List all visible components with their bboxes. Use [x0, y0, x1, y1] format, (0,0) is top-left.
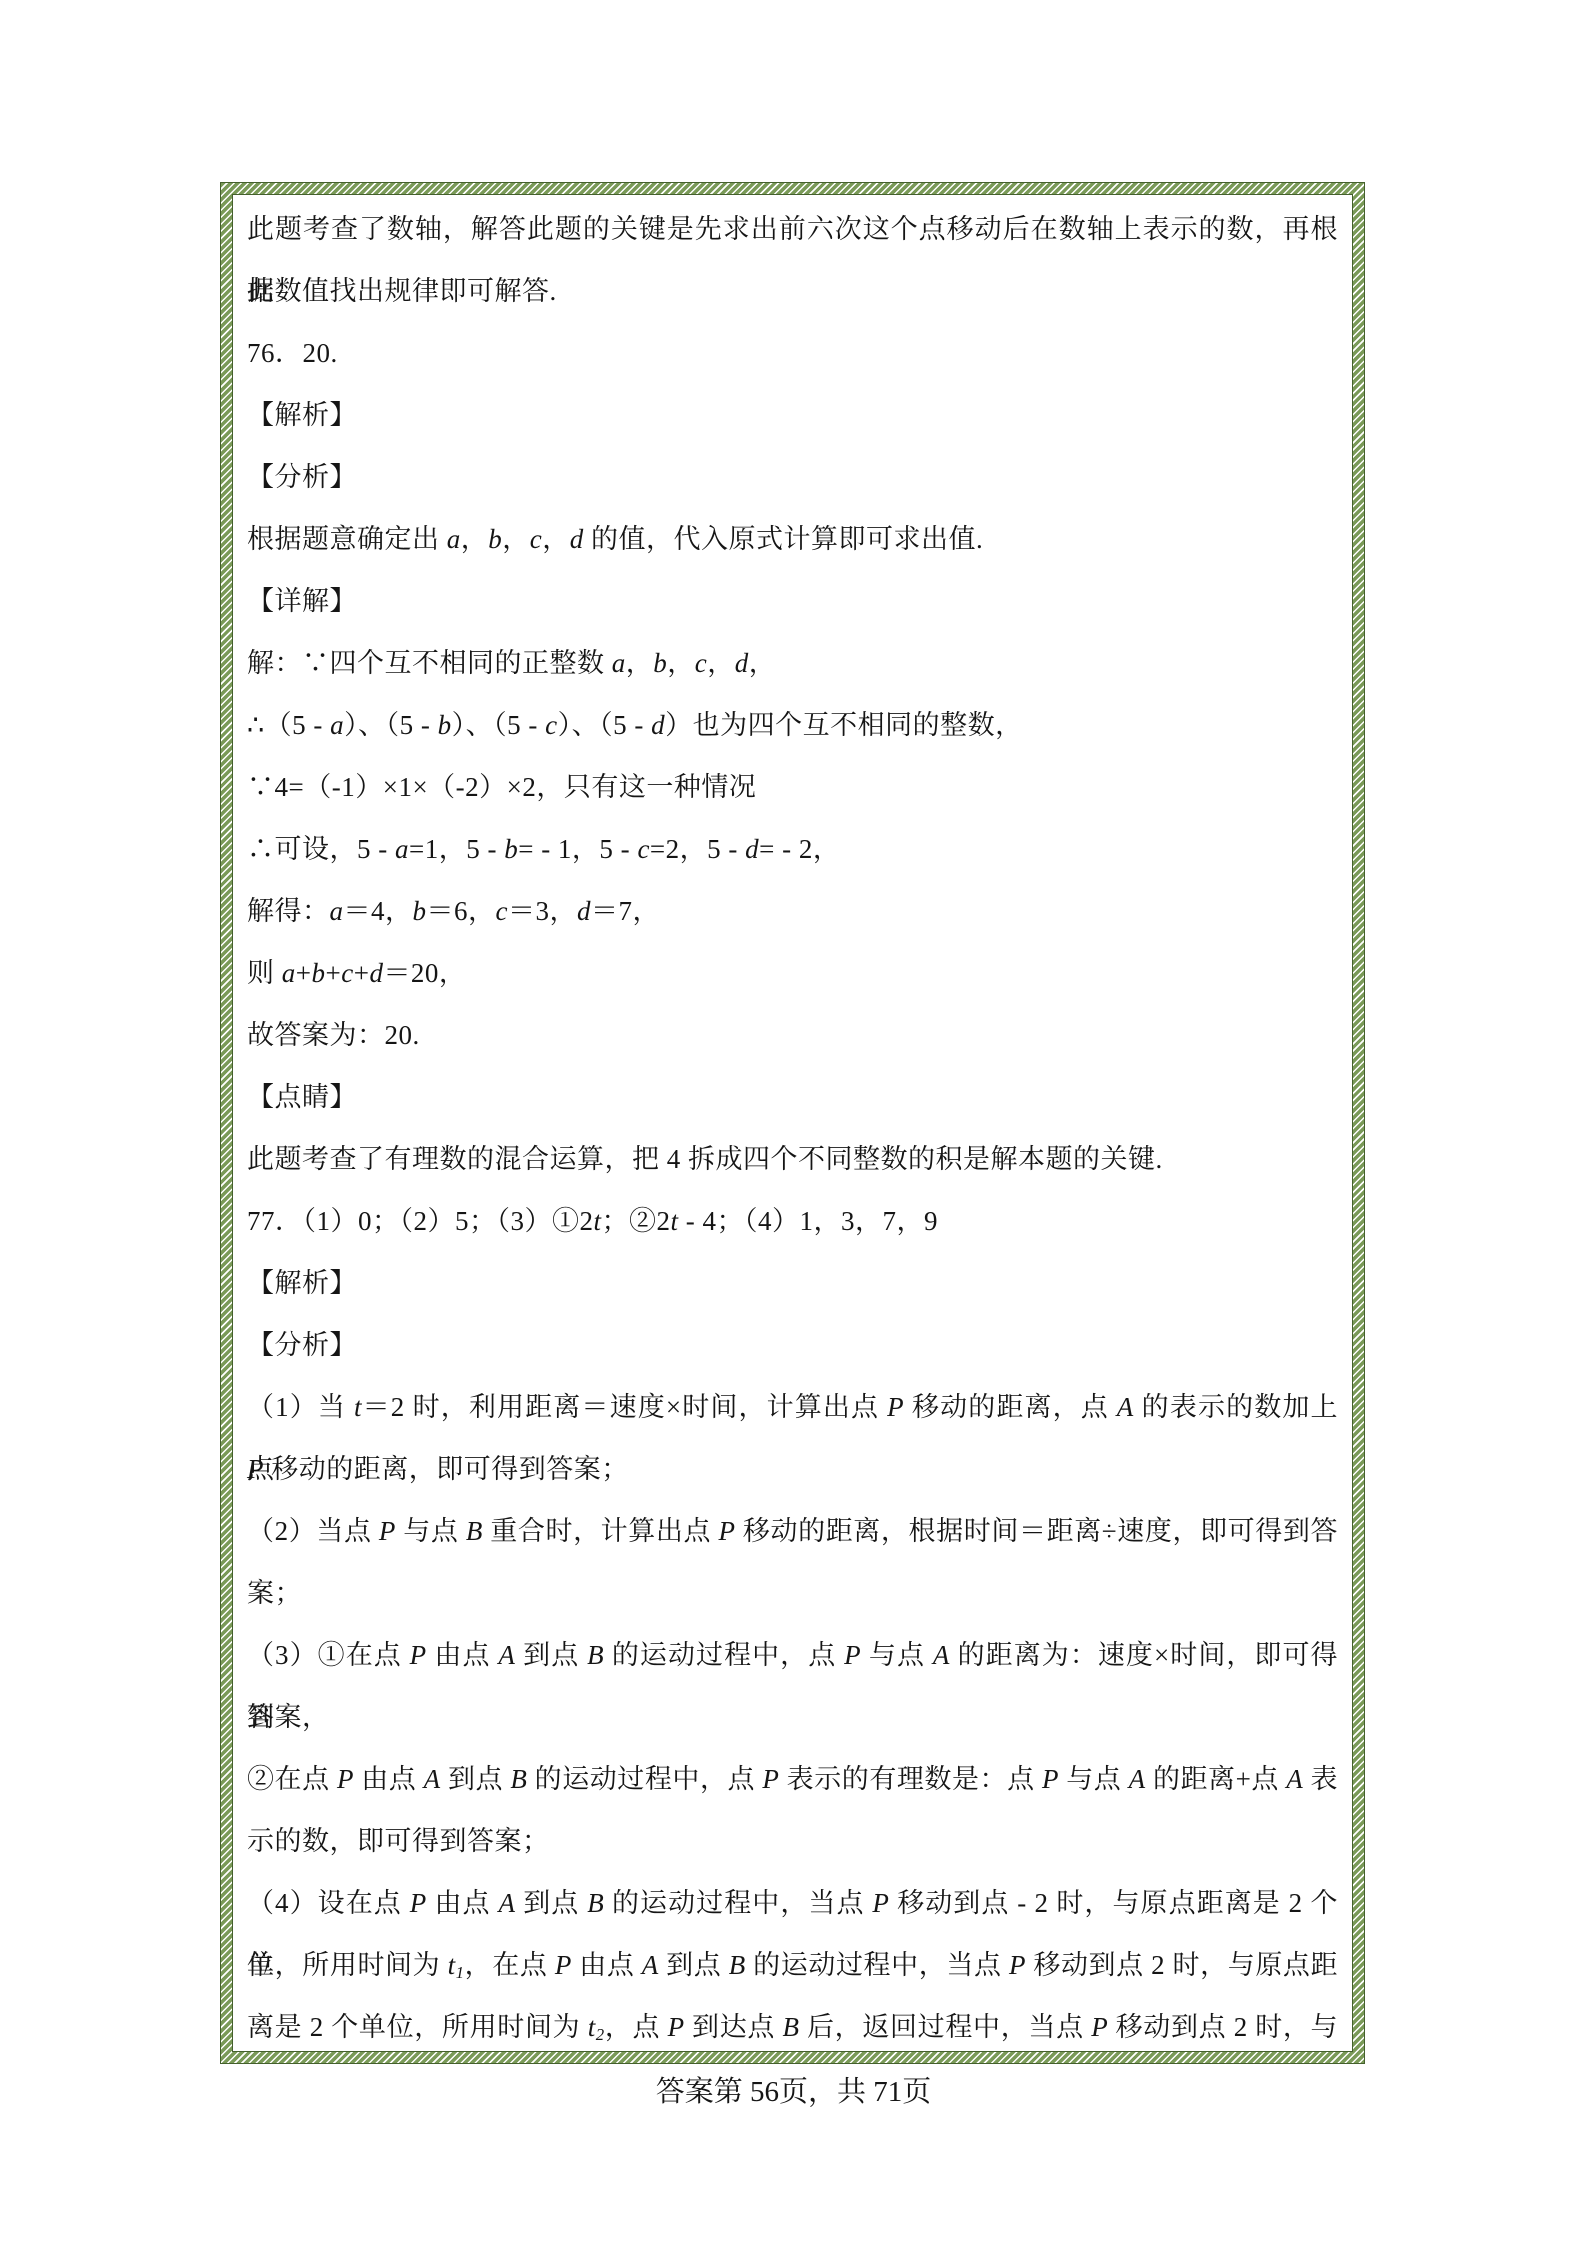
text-segment: 【详解】: [247, 586, 357, 616]
text-segment: A: [1286, 1764, 1303, 1794]
text-segment: ＝20，: [383, 958, 466, 988]
text-segment: 到点: [515, 1640, 587, 1670]
text-segment: +: [296, 958, 312, 988]
text-segment: A: [1117, 1392, 1134, 1422]
text-segment: - 4；（4）1，3，7，9: [679, 1206, 939, 1236]
text-segment: b: [504, 834, 518, 864]
text-line: ②在点 P 由点 A 到点 B 的运动过程中，点 P 表示的有理数是：点 P 与…: [247, 1748, 1338, 1810]
text-segment: P: [872, 1888, 889, 1918]
text-segment: b: [653, 648, 667, 678]
text-line: 【点睛】: [247, 1066, 1338, 1128]
text-segment: P: [337, 1764, 354, 1794]
text-line: （1）当 t＝2 时，利用距离＝速度×时间，计算出点 P 移动的距离，点 A 的…: [247, 1376, 1338, 1438]
text-segment: ，: [667, 648, 695, 678]
text-segment: a: [282, 958, 296, 988]
text-segment: d: [745, 834, 759, 864]
text-segment: B: [587, 1640, 604, 1670]
page-footer: 答案第 56页，共 71页: [0, 2072, 1587, 2112]
text-line: 【解析】: [247, 384, 1338, 446]
text-line: 案；: [247, 1562, 1338, 1624]
text-segment: 的距离+点: [1146, 1764, 1287, 1794]
text-line: 位，所用时间为 t1，在点 P 由点 A 到点 B 的运动过程中，当点 P 移动…: [247, 1934, 1338, 1996]
text-segment: P: [555, 1950, 572, 1980]
text-segment: +: [325, 958, 341, 988]
text-line: 【解析】: [247, 1252, 1338, 1314]
text-line: ∴可设，5 - a=1，5 - b= - 1，5 - c=2，5 - d= - …: [247, 818, 1338, 880]
text-segment: （3）①在点: [247, 1640, 410, 1670]
text-segment: t: [354, 1392, 362, 1422]
text-segment: c: [496, 896, 508, 926]
text-segment: c: [637, 834, 649, 864]
text-segment: 表: [1303, 1764, 1338, 1794]
text-segment: 到点: [441, 1764, 511, 1794]
text-segment: B: [510, 1764, 527, 1794]
text-segment: 案；: [247, 1578, 302, 1608]
text-segment: c: [530, 524, 542, 554]
text-segment: d: [651, 710, 665, 740]
text-segment: ，在点: [465, 1950, 555, 1980]
text-segment: B: [729, 1950, 746, 1980]
text-segment: a: [612, 648, 626, 678]
text-segment: 的运动过程中，点: [527, 1764, 762, 1794]
text-segment: P: [844, 1640, 861, 1670]
text-segment: a: [447, 524, 461, 554]
text-line: 此题考查了数轴，解答此题的关键是先求出前六次这个点移动后在数轴上表示的数，再根据: [247, 198, 1338, 260]
text-line: P 移动的距离，即可得到答案；: [247, 1438, 1338, 1500]
text-segment: P: [1009, 1950, 1026, 1980]
text-segment: +: [354, 958, 370, 988]
text-segment: 移动的距离，点: [904, 1392, 1117, 1422]
text-segment: c: [695, 648, 707, 678]
text-segment: 【解析】: [247, 400, 357, 430]
text-segment: A: [1129, 1764, 1146, 1794]
text-segment: ∵4=（-1）×1×（-2）×2，只有这一种情况: [247, 772, 756, 802]
text-segment: ）、（5 -: [344, 710, 438, 740]
text-segment: P: [1042, 1764, 1059, 1794]
text-segment: P: [410, 1640, 427, 1670]
text-segment: 2: [596, 2025, 605, 2044]
text-segment: P: [379, 1516, 396, 1546]
text-segment: （2）当点: [247, 1516, 379, 1546]
text-segment: 后，返回过程中，当点: [800, 2012, 1092, 2042]
text-segment: ＝3，: [508, 896, 577, 926]
text-segment: 此题考查了有理数的混合运算，把 4 拆成四个不同整数的积是解本题的关键.: [247, 1144, 1163, 1174]
text-segment: 【点睛】: [247, 1082, 357, 1112]
text-segment: 根据题意确定出: [247, 524, 447, 554]
text-segment: 76．20.: [247, 338, 338, 368]
text-segment: P: [719, 1516, 736, 1546]
text-segment: 此数值找出规律即可解答.: [247, 276, 557, 306]
text-segment: c: [341, 958, 353, 988]
text-segment: 的运动过程中，当点: [604, 1888, 872, 1918]
text-line: 【分析】: [247, 446, 1338, 508]
text-segment: 离是 2 个单位，所用时间为: [247, 2012, 588, 2042]
text-segment: ，: [502, 524, 530, 554]
text-segment: ，: [542, 524, 570, 554]
text-segment: t: [588, 2012, 596, 2042]
text-line: 答案，: [247, 1686, 1338, 1748]
answer-frame-border: 此题考查了数轴，解答此题的关键是先求出前六次这个点移动后在数轴上表示的数，再根据…: [220, 182, 1365, 2064]
text-line: （2）当点 P 与点 B 重合时，计算出点 P 移动的距离，根据时间＝距离÷速度…: [247, 1500, 1338, 1562]
text-line: 示的数，即可得到答案；: [247, 1810, 1338, 1872]
text-segment: d: [570, 524, 584, 554]
text-segment: 1: [456, 1963, 465, 1982]
text-segment: 则: [247, 958, 282, 988]
text-segment: t: [594, 1206, 602, 1236]
text-segment: d: [735, 648, 749, 678]
text-segment: ）也为四个互不相同的整数，: [665, 710, 1023, 740]
text-line: （4）设在点 P 由点 A 到点 B 的运动过程中，当点 P 移动到点 - 2 …: [247, 1872, 1338, 1934]
text-segment: 解：∵四个互不相同的正整数: [247, 648, 612, 678]
text-segment: P: [762, 1764, 779, 1794]
text-segment: ＝7，: [591, 896, 660, 926]
text-segment: P: [410, 1888, 427, 1918]
text-segment: 由点: [427, 1888, 499, 1918]
text-line: 76．20.: [247, 322, 1338, 384]
text-segment: A: [498, 1640, 515, 1670]
text-segment: 示的数，即可得到答案；: [247, 1826, 550, 1856]
text-segment: P: [1091, 2012, 1108, 2042]
text-segment: ，点: [605, 2012, 668, 2042]
text-segment: ）、（5 -: [558, 710, 652, 740]
text-segment: 与点: [396, 1516, 466, 1546]
text-segment: = - 1，5 -: [518, 834, 637, 864]
text-segment: 由点: [427, 1640, 499, 1670]
text-line: 77．（1）0；（2）5；（3）①2t；②2t - 4；（4）1，3，7，9: [247, 1190, 1338, 1252]
text-segment: ＝4，: [344, 896, 413, 926]
text-segment: 解得：: [247, 896, 330, 926]
text-segment: ＝2 时，利用距离＝速度×时间，计算出点: [362, 1392, 887, 1422]
text-segment: ，: [707, 648, 735, 678]
text-segment: =1，5 -: [409, 834, 504, 864]
text-segment: d: [369, 958, 383, 988]
text-segment: 移动的距离，根据时间＝距离÷速度，即可得到答: [736, 1516, 1339, 1546]
text-segment: ＝6，: [427, 896, 496, 926]
text-segment: t: [671, 1206, 679, 1236]
text-segment: 到达点: [685, 2012, 783, 2042]
text-segment: 的运动过程中，点: [604, 1640, 844, 1670]
text-line: 【详解】: [247, 570, 1338, 632]
text-segment: 【解析】: [247, 1268, 357, 1298]
text-segment: 的运动过程中，当点: [746, 1950, 1009, 1980]
text-line: 则 a+b+c+d＝20，: [247, 942, 1338, 1004]
text-segment: 移动到点 2 时，与: [1108, 2012, 1338, 2042]
text-segment: ∴可设，5 -: [247, 834, 395, 864]
text-segment: 故答案为：20.: [247, 1020, 420, 1050]
text-segment: = - 2，: [759, 834, 840, 864]
text-segment: ∴（5 -: [247, 710, 330, 740]
text-segment: B: [587, 1888, 604, 1918]
text-segment: ②在点: [247, 1764, 337, 1794]
text-segment: ，: [461, 524, 489, 554]
text-segment: A: [933, 1640, 950, 1670]
text-segment: t: [448, 1950, 456, 1980]
text-segment: b: [488, 524, 502, 554]
text-line: 解得：a＝4，b＝6，c＝3，d＝7，: [247, 880, 1338, 942]
text-segment: A: [498, 1888, 515, 1918]
text-segment: 由点: [572, 1950, 642, 1980]
text-segment: b: [438, 710, 452, 740]
text-segment: =2，5 -: [650, 834, 745, 864]
text-segment: ）、（5 -: [452, 710, 546, 740]
text-line: ∴（5 - a）、（5 - b）、（5 - c）、（5 - d）也为四个互不相同…: [247, 694, 1338, 756]
text-segment: 的值，代入原式计算即可求出值.: [584, 524, 984, 554]
text-segment: B: [466, 1516, 483, 1546]
text-segment: a: [395, 834, 409, 864]
text-segment: 答案，: [247, 1702, 330, 1732]
text-segment: a: [330, 710, 344, 740]
text-segment: P: [668, 2012, 685, 2042]
page: 此题考查了数轴，解答此题的关键是先求出前六次这个点移动后在数轴上表示的数，再根据…: [0, 0, 1587, 2245]
text-segment: 位，所用时间为: [247, 1950, 448, 1980]
text-segment: 重合时，计算出点: [483, 1516, 719, 1546]
text-segment: b: [413, 896, 427, 926]
text-segment: P: [247, 1454, 264, 1484]
text-line: 根据题意确定出 a，b，c，d 的值，代入原式计算即可求出值.: [247, 508, 1338, 570]
text-segment: ，: [749, 648, 777, 678]
text-segment: 由点: [354, 1764, 424, 1794]
text-segment: 移动到点 2 时，与原点距: [1026, 1950, 1338, 1980]
text-line: 【分析】: [247, 1314, 1338, 1376]
text-segment: 77．（1）0；（2）5；（3）①2: [247, 1206, 594, 1236]
text-segment: A: [424, 1764, 441, 1794]
text-segment: 与点: [1059, 1764, 1129, 1794]
text-line: 故答案为：20.: [247, 1004, 1338, 1066]
text-segment: ，: [626, 648, 654, 678]
text-line: 离是 2 个单位，所用时间为 t2，点 P 到达点 B 后，返回过程中，当点 P…: [247, 1996, 1338, 2052]
text-line: 此题考查了有理数的混合运算，把 4 拆成四个不同整数的积是解本题的关键.: [247, 1128, 1338, 1190]
text-segment: 移动的距离，即可得到答案；: [264, 1454, 629, 1484]
text-segment: 到点: [659, 1950, 729, 1980]
text-segment: P: [887, 1392, 904, 1422]
text-segment: （1）当: [247, 1392, 354, 1422]
text-segment: A: [642, 1950, 659, 1980]
answer-frame-content: 此题考查了数轴，解答此题的关键是先求出前六次这个点移动后在数轴上表示的数，再根据…: [232, 194, 1353, 2052]
text-segment: ；②2: [602, 1206, 671, 1236]
text-segment: 【分析】: [247, 462, 357, 492]
content-lines: 此题考查了数轴，解答此题的关键是先求出前六次这个点移动后在数轴上表示的数，再根据…: [247, 198, 1338, 2052]
text-segment: 【分析】: [247, 1330, 357, 1360]
text-segment: 与点: [861, 1640, 933, 1670]
text-segment: 到点: [515, 1888, 587, 1918]
text-segment: B: [783, 2012, 800, 2042]
text-segment: a: [330, 896, 344, 926]
text-line: 解：∵四个互不相同的正整数 a，b，c，d，: [247, 632, 1338, 694]
text-line: 此数值找出规律即可解答.: [247, 260, 1338, 322]
text-segment: d: [577, 896, 591, 926]
text-segment: （4）设在点: [247, 1888, 410, 1918]
text-line: ∵4=（-1）×1×（-2）×2，只有这一种情况: [247, 756, 1338, 818]
text-segment: b: [311, 958, 325, 988]
text-segment: 表示的有理数是：点: [779, 1764, 1042, 1794]
text-line: （3）①在点 P 由点 A 到点 B 的运动过程中，点 P 与点 A 的距离为：…: [247, 1624, 1338, 1686]
text-segment: c: [545, 710, 557, 740]
